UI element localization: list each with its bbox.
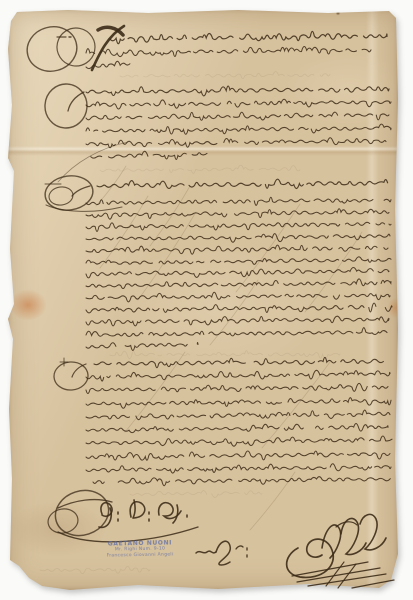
flourish-loops (22, 21, 114, 542)
flourish-loop (53, 24, 98, 69)
handwriting-layer (0, 0, 413, 600)
flourish-loop (48, 185, 74, 206)
flourish-loop (44, 83, 89, 130)
photograph-background: GAETANO NUONI Mr. Righi Num. 9-10 France… (0, 0, 413, 600)
handwriting-paragraph-1 (86, 86, 391, 159)
flourish-loop (22, 21, 82, 76)
handwriting-salutation (86, 31, 387, 68)
handwriting-paragraph-2 (86, 179, 392, 350)
secretary-initials (99, 500, 187, 527)
handwriting-paragraph-3 (86, 357, 392, 485)
paraph-mark (196, 541, 247, 565)
signature (287, 514, 394, 588)
dealer-stamp: GAETANO NUONI Mr. Righi Num. 9-10 France… (98, 539, 182, 558)
